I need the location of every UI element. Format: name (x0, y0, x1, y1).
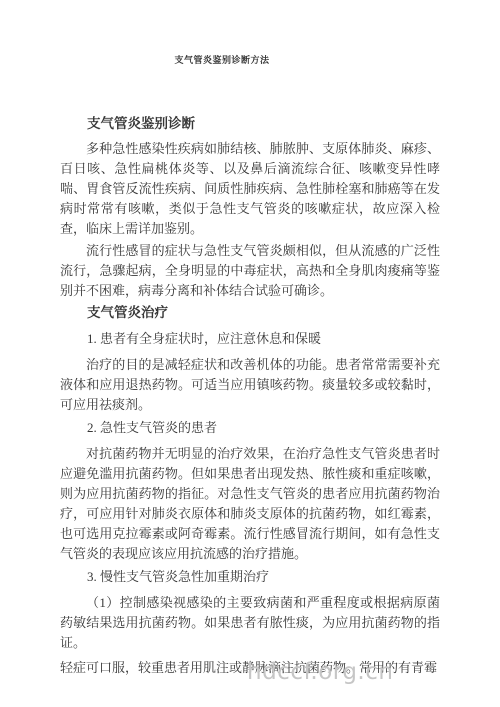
diagnosis-paragraph-1: 多种急性感染性疾病如肺结核、肺脓肿、支原体肺炎、麻疹、百日咳、急性扁桃体炎等、以… (60, 139, 440, 239)
treatment-item-3-paragraph: （1）控制感染视感染的主要致病菌和严重程度或根据病原菌药敏结果选用抗菌药物。如果… (60, 593, 440, 653)
treatment-item-2-label: 2. 急性支气管炎的患者 (60, 418, 440, 438)
treatment-item-1-paragraph: 治疗的目的是减轻症状和改善机体的功能。患者常常需要补充液体和应用退热药物。可适当… (60, 355, 440, 415)
treatment-item-3-label: 3. 慢性支气管炎急性加重期治疗 (60, 567, 440, 587)
section-heading-diagnosis: 支气管炎鉴别诊断 (60, 115, 440, 133)
document-body: 支气管炎鉴别诊断 多种急性感染性疾病如肺结核、肺脓肿、支原体肺炎、麻疹、百日咳、… (60, 0, 440, 678)
watermark: hdccf.org.cn (247, 659, 393, 685)
section-heading-treatment: 支气管炎治疗 (60, 304, 440, 322)
treatment-item-2-paragraph: 对抗菌药物并无明显的治疗效果，在治疗急性支气管炎患者时应避免滥用抗菌药物。但如果… (60, 444, 440, 564)
diagnosis-paragraph-2: 流行性感冒的症状与急性支气管炎颇相似，但从流感的广泛性流行，急骤起病，全身明显的… (60, 241, 440, 301)
treatment-item-1-label: 1. 患者有全身症状时，应注意休息和保暖 (60, 329, 440, 349)
document-page: 支气管炎鉴别诊断方法 支气管炎鉴别诊断 多种急性感染性疾病如肺结核、肺脓肿、支原… (0, 0, 500, 707)
